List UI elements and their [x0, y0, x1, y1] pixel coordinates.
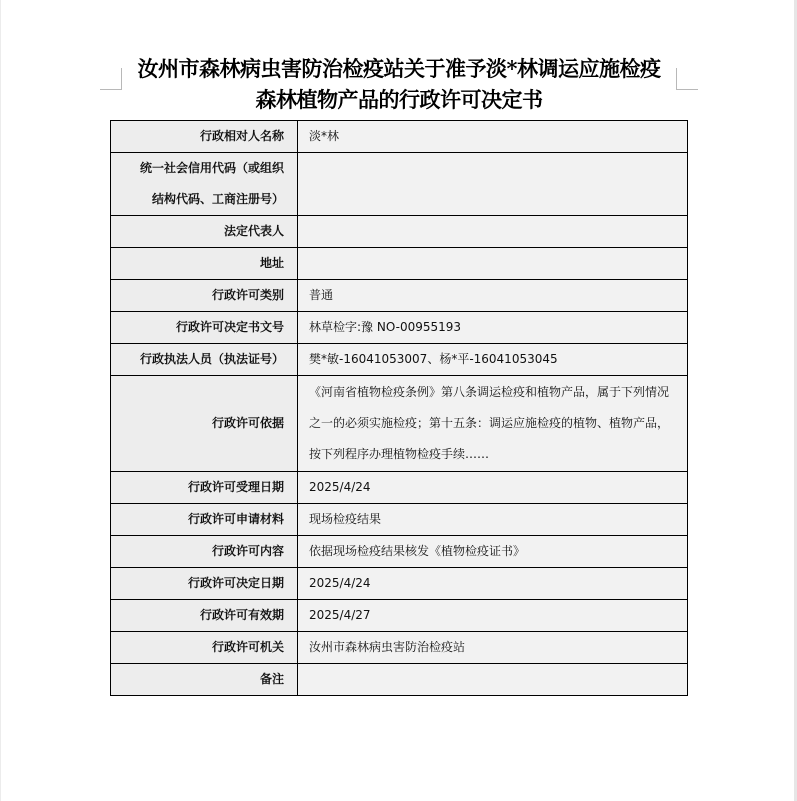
row-label: 地址 [111, 248, 298, 280]
row-value: 现场检疫结果 [298, 504, 688, 536]
table-row: 行政许可类别 普通 [111, 280, 688, 312]
table-row: 行政许可决定日期 2025/4/24 [111, 568, 688, 600]
row-label: 行政许可决定日期 [111, 568, 298, 600]
table-row: 行政许可有效期 2025/4/27 [111, 600, 688, 632]
row-label: 行政许可内容 [111, 536, 298, 568]
row-label: 统一社会信用代码（或组织 结构代码、工商注册号） [111, 153, 298, 216]
row-value: 樊*敏-16041053007、杨*平-16041053045 [298, 344, 688, 376]
row-label: 法定代表人 [111, 216, 298, 248]
row-label: 行政许可类别 [111, 280, 298, 312]
decision-info-table: 行政相对人名称 淡*林 统一社会信用代码（或组织 结构代码、工商注册号） 法定代… [110, 120, 688, 696]
row-value: 林草检字:豫 NO-00955193 [298, 312, 688, 344]
title-line-2: 森林植物产品的行政许可决定书 [110, 84, 688, 115]
table-row: 行政执法人员（执法证号） 樊*敏-16041053007、杨*平-1604105… [111, 344, 688, 376]
row-value: 2025/4/24 [298, 568, 688, 600]
row-value: 2025/4/24 [298, 472, 688, 504]
table-row: 地址 [111, 248, 688, 280]
table-row: 备注 [111, 664, 688, 696]
row-label: 行政许可决定书文号 [111, 312, 298, 344]
document-title: 汝州市森林病虫害防治检疫站关于准予淡*林调运应施检疫 森林植物产品的行政许可决定… [110, 53, 688, 115]
row-label: 行政许可申请材料 [111, 504, 298, 536]
title-line-1: 汝州市森林病虫害防治检疫站关于准予淡*林调运应施检疫 [110, 53, 688, 84]
table-row: 统一社会信用代码（或组织 结构代码、工商注册号） [111, 153, 688, 216]
row-value: 普通 [298, 280, 688, 312]
row-label: 备注 [111, 664, 298, 696]
row-label-line-2: 结构代码、工商注册号） [111, 184, 284, 215]
row-label: 行政许可依据 [111, 376, 298, 472]
row-value [298, 153, 688, 216]
table-row: 法定代表人 [111, 216, 688, 248]
table-row: 行政许可决定书文号 林草检字:豫 NO-00955193 [111, 312, 688, 344]
row-label-line-1: 统一社会信用代码（或组织 [111, 153, 284, 184]
table-row: 行政许可依据 《河南省植物检疫条例》第八条调运检疫和植物产品，属于下列情况之一的… [111, 376, 688, 472]
page-edge-left [0, 0, 1, 801]
table-row: 行政许可受理日期 2025/4/24 [111, 472, 688, 504]
table-row: 行政许可内容 依据现场检疫结果核发《植物检疫证书》 [111, 536, 688, 568]
table-row: 行政许可机关 汝州市森林病虫害防治检疫站 [111, 632, 688, 664]
row-value: 依据现场检疫结果核发《植物检疫证书》 [298, 536, 688, 568]
row-value [298, 664, 688, 696]
table-row: 行政相对人名称 淡*林 [111, 121, 688, 153]
row-label: 行政许可有效期 [111, 600, 298, 632]
row-label: 行政许可机关 [111, 632, 298, 664]
row-label: 行政相对人名称 [111, 121, 298, 153]
row-label: 行政执法人员（执法证号） [111, 344, 298, 376]
row-value: 淡*林 [298, 121, 688, 153]
row-value: 《河南省植物检疫条例》第八条调运检疫和植物产品，属于下列情况之一的必须实施检疫；… [298, 376, 688, 472]
row-value: 2025/4/27 [298, 600, 688, 632]
row-value [298, 216, 688, 248]
row-label: 行政许可受理日期 [111, 472, 298, 504]
row-value [298, 248, 688, 280]
row-value: 汝州市森林病虫害防治检疫站 [298, 632, 688, 664]
table-row: 行政许可申请材料 现场检疫结果 [111, 504, 688, 536]
